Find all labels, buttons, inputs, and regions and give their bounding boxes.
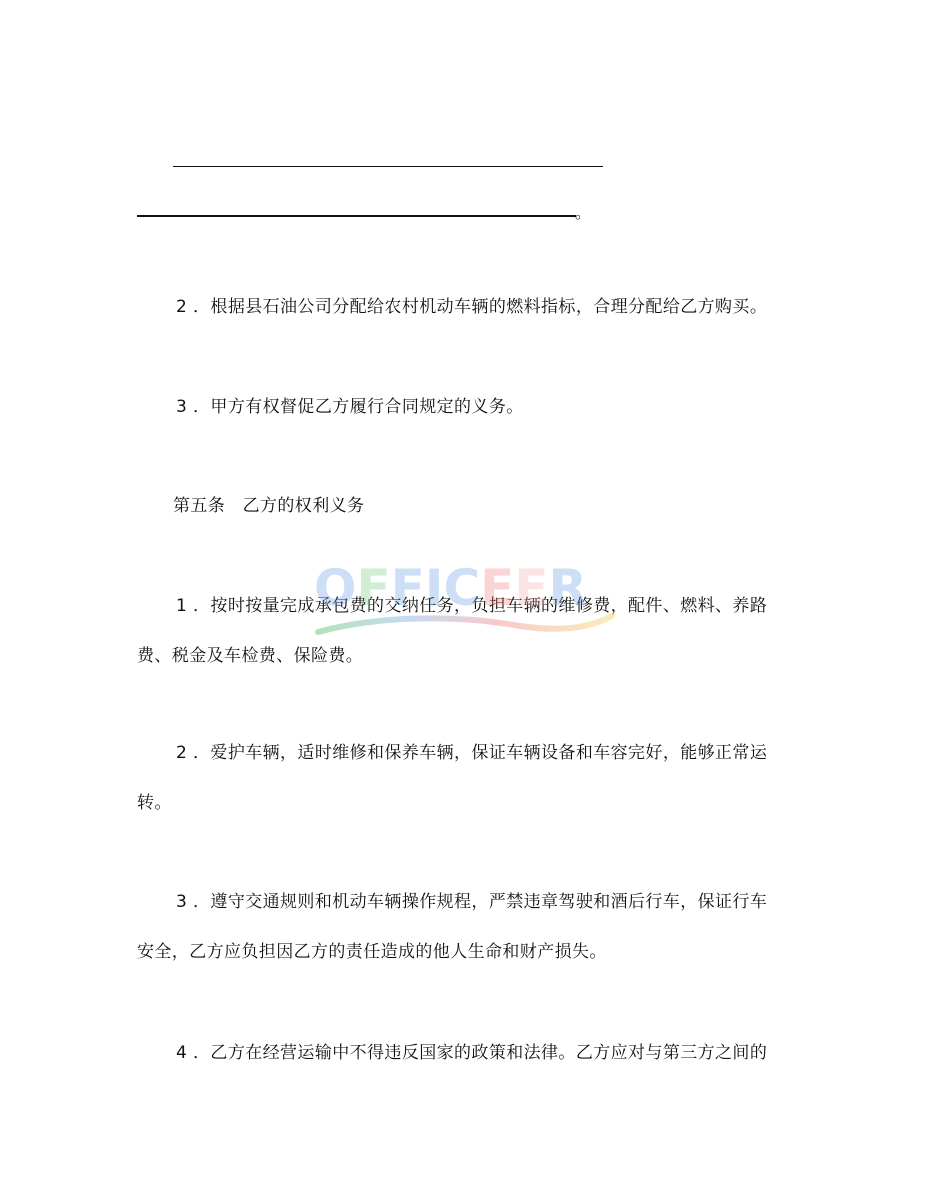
clause-b1-line1: 1 ．按时按量完成承包费的交纳任务，负担车辆的维修费，配件、燃料、养路: [176, 596, 767, 616]
clause-b1-line2: 费、税金及车检费、保险费。: [137, 646, 363, 666]
document-page: 。 2 ．根据县石油公司分配给农村机动车辆的燃料指标，合理分配给乙方购买。 3 …: [0, 0, 928, 1200]
clause-b4-line1: 4 ．乙方在经营运输中不得违反国家的政策和法律。乙方应对与第三方之间的: [176, 1043, 767, 1063]
clause-b3-line2: 安全，乙方应负担因乙方的责任造成的他人生命和财产损失。: [137, 942, 607, 962]
clause-b3-line1: 3 ．遵守交通规则和机动车辆操作规程，严禁违章驾驶和酒后行车，保证行车: [176, 892, 767, 912]
clause-a3: 3 ．甲方有权督促乙方履行合同规定的义务。: [176, 397, 524, 417]
blank-period: 。: [575, 200, 591, 223]
clause-b2-line2: 转。: [137, 793, 172, 813]
clause-a2: 2 ．根据县石油公司分配给农村机动车辆的燃料指标，合理分配给乙方购买。: [176, 297, 767, 317]
blank-underline-1: [173, 166, 603, 167]
section-title: 第五条 乙方的权利义务: [173, 496, 364, 516]
clause-b2-line1: 2 ．爱护车辆，适时维修和保养车辆，保证车辆设备和车容完好，能够正常运: [176, 743, 767, 763]
blank-underline-2: [137, 215, 576, 217]
